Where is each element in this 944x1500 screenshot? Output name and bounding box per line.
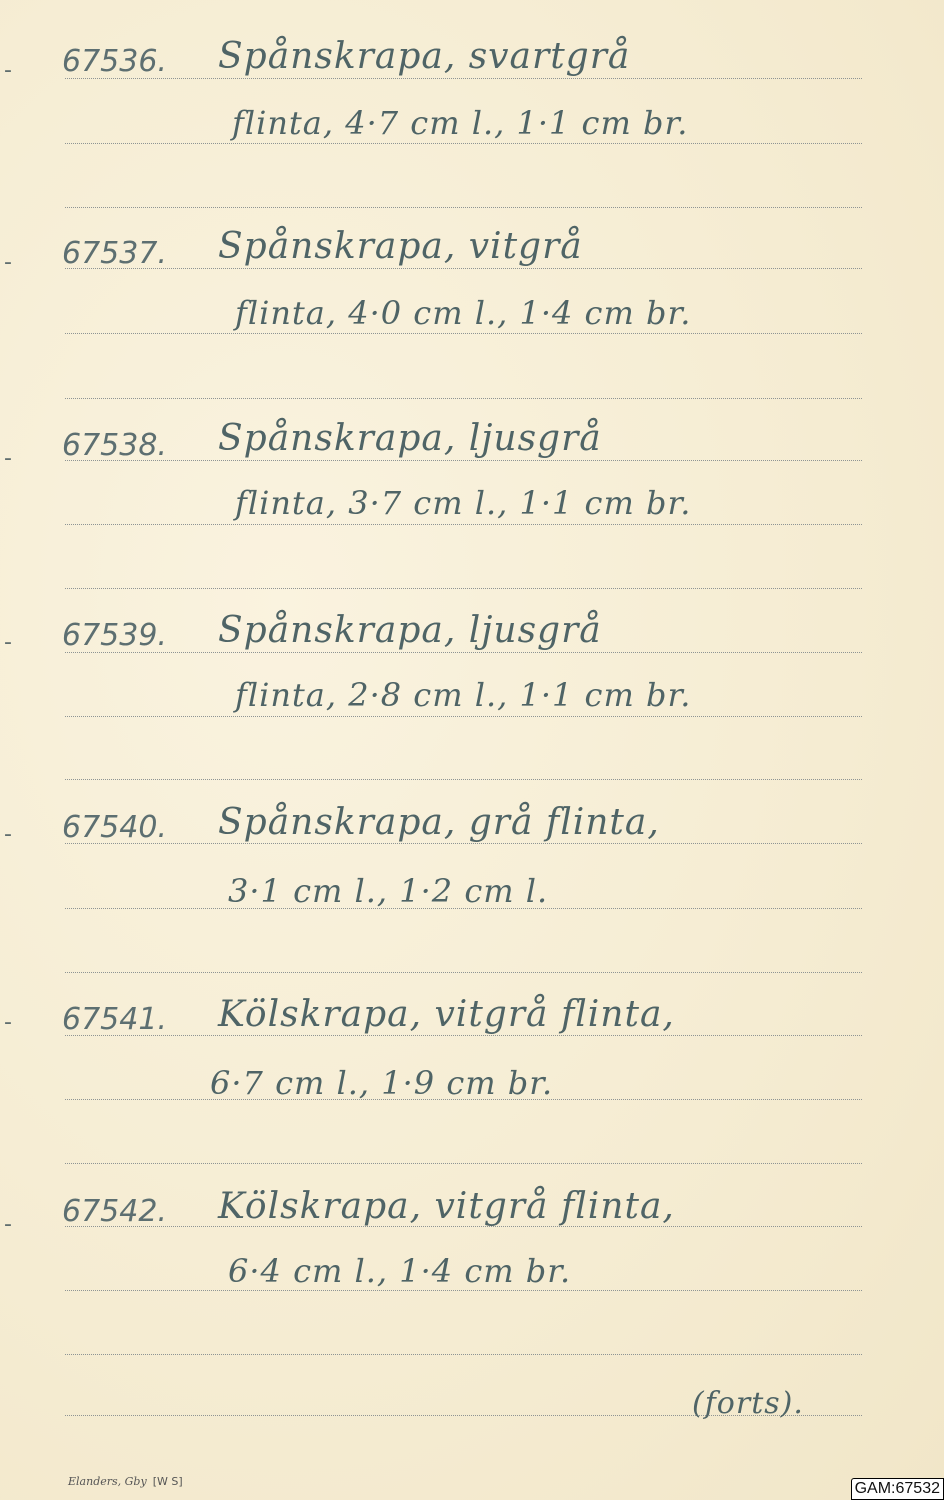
ruled-line: [65, 1290, 862, 1291]
entry-measurements: flinta, 2·8 cm l., 1·1 cm br.: [235, 676, 691, 714]
ruled-line: [65, 207, 862, 208]
ruled-line: [65, 460, 862, 461]
entry-number: 67537.: [62, 236, 167, 271]
ruled-line: [65, 1354, 862, 1355]
checked-dash-mark: -: [4, 822, 12, 847]
ruled-line: [65, 398, 862, 399]
ruled-line: [65, 524, 862, 525]
checked-dash-mark: -: [4, 446, 12, 471]
entry-description: Spånskrapa, ljusgrå: [218, 610, 602, 651]
entry-description: Spånskrapa, vitgrå: [218, 226, 583, 267]
entry-number: 67541.: [62, 1002, 167, 1037]
entry-measurements: 3·1 cm l., 1·2 cm l.: [228, 872, 548, 910]
entry-description: Kölskrapa, vitgrå flinta,: [218, 994, 675, 1035]
printer-imprint: Elanders, Gby[W S]: [68, 1475, 183, 1488]
ruled-line: [65, 716, 862, 717]
entry-number: 67540.: [62, 810, 167, 845]
catalog-entry: - 67542. Kölskrapa, vitgrå flinta, 6·4 c…: [0, 0, 944, 190]
printer-code: [W S]: [153, 1475, 183, 1488]
catalog-id-label: GAM:67532: [851, 1478, 944, 1500]
catalog-card: - 67536. Spånskrapa, svartgrå flinta, 4·…: [0, 0, 944, 1500]
entry-description: Spånskrapa, grå flinta,: [218, 802, 660, 843]
checked-dash-mark: -: [4, 1212, 12, 1237]
entry-number: 67542.: [62, 1194, 167, 1229]
continued-note: (forts).: [692, 1386, 804, 1421]
entry-description: Spånskrapa, ljusgrå: [218, 418, 602, 459]
ruled-line: [65, 268, 862, 269]
entry-measurements: 6·4 cm l., 1·4 cm br.: [228, 1252, 571, 1290]
ruled-line: [65, 779, 862, 780]
ruled-line: [65, 333, 862, 334]
printer-name: Elanders, Gby: [68, 1475, 147, 1488]
checked-dash-mark: -: [4, 250, 12, 275]
entry-description: Kölskrapa, vitgrå flinta,: [218, 1186, 675, 1227]
entry-number: 67538.: [62, 428, 167, 463]
ruled-line: [65, 1163, 862, 1164]
ruled-line: [65, 972, 862, 973]
checked-dash-mark: -: [4, 630, 12, 655]
ruled-line: [65, 652, 862, 653]
ruled-line: [65, 843, 862, 844]
ruled-line: [65, 1035, 862, 1036]
entry-measurements: flinta, 4·0 cm l., 1·4 cm br.: [235, 294, 691, 332]
entry-measurements: 6·7 cm l., 1·9 cm br.: [210, 1064, 553, 1102]
entry-measurements: flinta, 3·7 cm l., 1·1 cm br.: [235, 484, 691, 522]
ruled-line: [65, 588, 862, 589]
checked-dash-mark: -: [4, 1010, 12, 1035]
entry-number: 67539.: [62, 618, 167, 653]
